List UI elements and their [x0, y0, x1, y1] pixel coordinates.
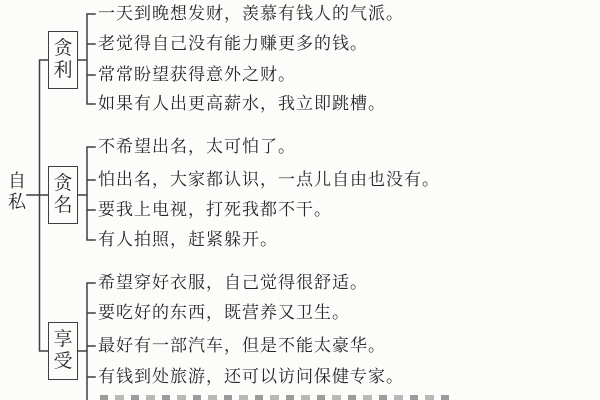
leaf-item: 老觉得自己没有能力赚更多的钱。 — [98, 33, 368, 55]
leaf-item: 不希望出名，太可怕了。 — [98, 136, 296, 158]
leaf-item: 要我上电视，打死我都不干。 — [98, 199, 332, 221]
clipped-text-row — [100, 395, 452, 400]
leaf-item: 有钱到处旅游，还可以访问保健专家。 — [98, 366, 404, 388]
branch-label-tanming: 贪名 — [48, 166, 78, 224]
leaf-item: 一天到晚想发财，羡慕有钱人的气派。 — [98, 3, 404, 25]
leaf-item: 要吃好的东西，既营养又卫生。 — [98, 302, 350, 324]
bracket-group-1 — [78, 14, 95, 104]
branch-label-tanli: 贪利 — [48, 31, 78, 89]
leaf-item: 怕出名，大家都认识，一点儿自由也没有。 — [98, 169, 440, 191]
leaf-item: 希望穿好衣服，自己觉得很舒适。 — [98, 272, 368, 294]
spine-line — [40, 60, 49, 351]
bracket-group-2 — [78, 147, 95, 240]
leaf-item: 有人拍照，赶紧躲开。 — [98, 229, 278, 251]
leaf-item: 常常盼望获得意外之财。 — [98, 64, 296, 86]
branch-label-xiangshou: 享受 — [48, 322, 78, 380]
root-label: 自私 — [7, 171, 27, 213]
leaf-item: 如果有人出更高薪水，我立即跳槽。 — [98, 93, 386, 115]
leaf-item: 最好有一部汽车，但是不能太豪华。 — [98, 335, 386, 357]
bracket-diagram: 自私 贪利 贪名 享受 一天到晚想发财，羡慕有钱人的气派。 老觉得自己没有能力赚… — [0, 0, 600, 400]
bracket-group-3 — [78, 283, 95, 400]
